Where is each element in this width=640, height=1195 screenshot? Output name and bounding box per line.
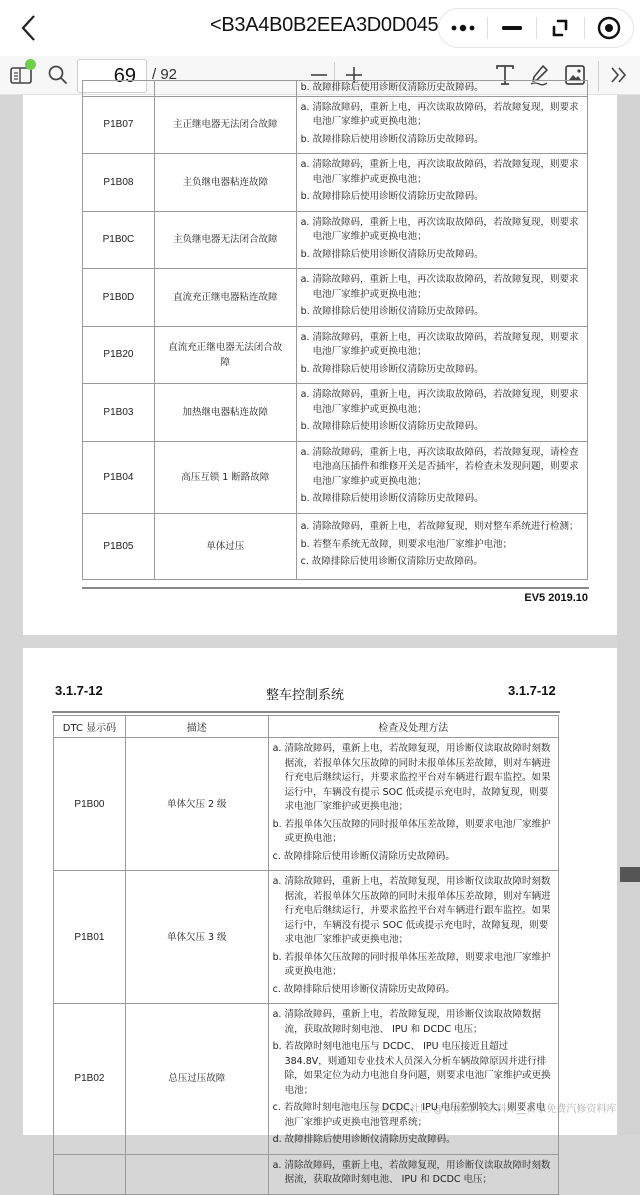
dtc-description: 单体欠压 2 级 [125,738,268,871]
more-button[interactable] [439,9,487,47]
app-title-bar: <B3A4B0B2EEA3D0D045... [0,0,640,56]
back-button[interactable] [14,10,44,46]
table-row: P1B0C 主负继电器无法闭合故障 a. 清除故障码，重新上电，再次读取故障码，… [83,211,588,269]
dtc-description: 单体过压 [154,513,296,579]
dtc-steps: a. 清除故障码，重新上电，再次读取故障码，若故障复现，则要求电池厂家维护或更换… [296,269,587,327]
chevron-left-icon [14,10,44,46]
search-button[interactable] [47,64,71,88]
notification-dot [25,59,36,70]
dtc-description: 单体欠压 3 级 [125,871,268,1004]
dtc-code: P1B00 [54,738,126,871]
dtc-description: 主正继电器无法闭合故障 [154,96,296,154]
footer-rule [82,587,589,589]
dtc-code: P1B20 [83,326,155,384]
dtc-code: P1B04 [83,441,155,513]
section-title: 整车控制系统 [266,684,344,703]
close-program-button[interactable] [585,9,633,47]
table-row: P1B00 单体欠压 2 级 a. 清除故障码，重新上电，若故障复现，用诊断仪读… [54,738,559,871]
table-row: P1B05 单体过压 a. 清除故障码，重新上电，若故障复现，则对整车系统进行检… [83,513,588,579]
more-icon [450,23,476,33]
header-rule [52,711,560,713]
dtc-steps: a. 清除故障码，重新上电，若故障复现，则对整车系统进行检测；b. 若整车系统无… [296,513,587,579]
dtc-steps: a. 清除故障码，重新上电，若故障复现，用诊断仪读取故障时刻数据流，若报单体欠压… [268,871,558,1004]
dtc-description: 直流充正继电器无法闭合故障 [154,326,296,384]
table-row: P1B04 高压互锁 1 断路故障 a. 清除故障码，重新上电，再次读取故障码，… [83,441,588,513]
step-text: b. 故障排除后使用诊断仪清除历史故障码。 [301,81,583,96]
column-header: DTC 显示码 [54,716,126,738]
scroll-track[interactable] [617,95,640,1135]
table-header-row: DTC 显示码 描述 检查及处理方法 [54,716,559,738]
dtc-description: 主负继电器无法闭合故障 [154,211,296,269]
dtc-code: P1B08 [83,154,155,212]
section-number-left: 3.1.7-12 [55,683,103,698]
mini-program-capsule [438,8,634,48]
dtc-steps: a. 清除故障码，重新上电，再次读取故障码，若故障复现，则要求电池厂家维护或更换… [296,154,587,212]
dtc-table-page1: b. 故障排除后使用诊断仪清除历史故障码。 P1B07 主正继电器无法闭合故障 … [82,80,588,580]
dtc-code: P1B03 [83,384,155,442]
table-row: P1B07 主正继电器无法闭合故障 a. 清除故障码，重新上电，再次读取故障码，… [83,96,588,154]
minimize-icon [502,25,522,31]
dtc-code: P1B07 [83,96,155,154]
column-header: 检查及处理方法 [268,716,558,738]
table-row: P1B08 主负继电器粘连故障 a. 清除故障码，重新上电，再次读取故障码，若故… [83,154,588,212]
table-row: P1B03 加热继电器粘连故障 a. 清除故障码，重新上电，再次读取故障码，若故… [83,384,588,442]
dtc-description: 直流充正继电器粘连故障 [154,269,296,327]
dtc-description: 主负继电器粘连故障 [154,154,296,212]
minimize-button[interactable] [488,9,536,47]
table-row: b. 故障排除后使用诊断仪清除历史故障码。 [83,81,588,97]
divider [598,61,599,91]
dtc-description: 高压互锁 1 断路故障 [154,441,296,513]
more-tools-button[interactable] [608,64,632,88]
dtc-steps: a. 清除故障码，重新上电，再次读取故障码，若故障复现，请检查电池高压插件和维修… [296,441,587,513]
table-row: P1B20 直流充正继电器无法闭合故障 a. 清除故障码，重新上电，再次读取故障… [83,326,588,384]
dtc-steps: a. 清除故障码，重新上电，再次读取故障码，若故障复现，则要求电池厂家维护或更换… [296,211,587,269]
page-footer: EV5 2019.10 [524,592,588,604]
section-number-right: 3.1.7-12 [508,683,556,698]
dtc-steps: a. 清除故障码，重新上电，若故障复现，用诊断仪读取故障数据流，获取故障时刻电池… [268,1004,558,1136]
scroll-thumb[interactable] [620,867,640,882]
dtc-steps: a. 清除故障码，重新上电，再次读取故障码，若故障复现，则要求电池厂家维护或更换… [296,384,587,442]
restore-icon [550,18,570,38]
dtc-code: P1B02 [54,1004,126,1136]
dtc-steps: a. 清除故障码，重新上电，再次读取故障码，若故障复现，则要求电池厂家维护或更换… [296,326,587,384]
record-icon [597,16,621,40]
column-header: 描述 [125,716,268,738]
dtc-description: 加热继电器粘连故障 [154,384,296,442]
double-chevron-right-icon [608,64,630,86]
dtc-code: P1B05 [83,513,155,579]
dtc-code: P1B0C [83,211,155,269]
dtc-code: P1B01 [54,871,126,1004]
table-row: P1B0D 直流充正继电器粘连故障 a. 清除故障码，重新上电，再次读取故障码，… [83,269,588,327]
watermark: 掘金技术社区 @ 汽修帮手资料库__首家免费汽修资料库 [370,1100,616,1115]
dtc-code: P1B0D [83,269,155,327]
dtc-description: 总压过压故障 [125,1004,268,1136]
table-row: P1B02 总压过压故障 a. 清除故障码，重新上电，若故障复现，用诊断仪读取故… [54,1004,559,1136]
restore-button[interactable] [537,9,585,47]
dtc-steps: a. 清除故障码，重新上电，若故障复现，用诊断仪读取故障时刻数据流，若报单体欠压… [268,738,558,871]
search-icon [47,64,69,86]
table-row: P1B01 单体欠压 3 级 a. 清除故障码，重新上电，若故障复现，用诊断仪读… [54,871,559,1004]
document-title: <B3A4B0B2EEA3D0D045... [210,14,454,37]
dtc-steps: a. 清除故障码，重新上电，再次读取故障码，若故障复现，则要求电池厂家维护或更换… [296,96,587,154]
dtc-table-page2: DTC 显示码 描述 检查及处理方法 P1B00 单体欠压 2 级 a. 清除故… [53,715,559,1135]
